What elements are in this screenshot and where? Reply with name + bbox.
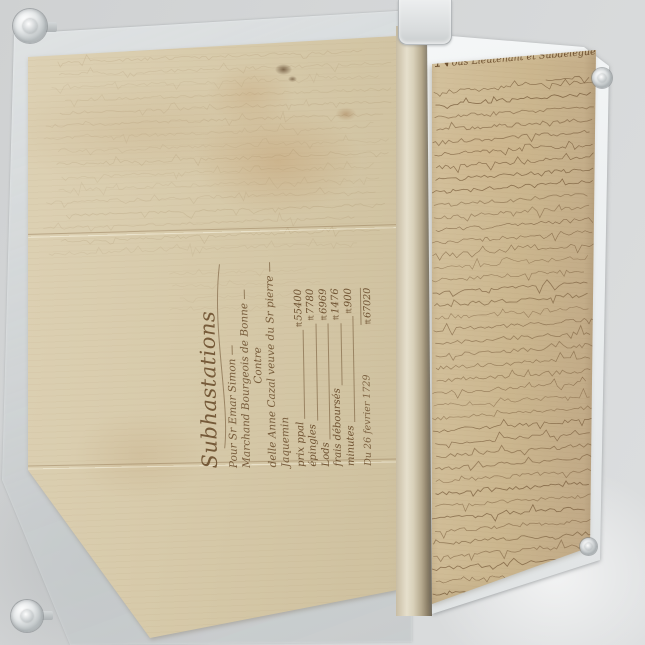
mount-screw-bottom-right — [580, 538, 597, 555]
mount-screw-bottom-left — [11, 600, 43, 632]
mount-clip-top — [398, 0, 452, 45]
photo-of-mounted-manuscript: Subhastations Pour Sr Emar Simon — March… — [0, 0, 645, 645]
right-page-wrap: Nous Lieutenant et Subdélégué — [0, 0, 645, 645]
mount-screw-top-left — [13, 9, 47, 43]
mount-screw-top-right — [592, 68, 612, 88]
page-shading — [424, 34, 610, 618]
right-page: Nous Lieutenant et Subdélégué — [424, 34, 610, 618]
